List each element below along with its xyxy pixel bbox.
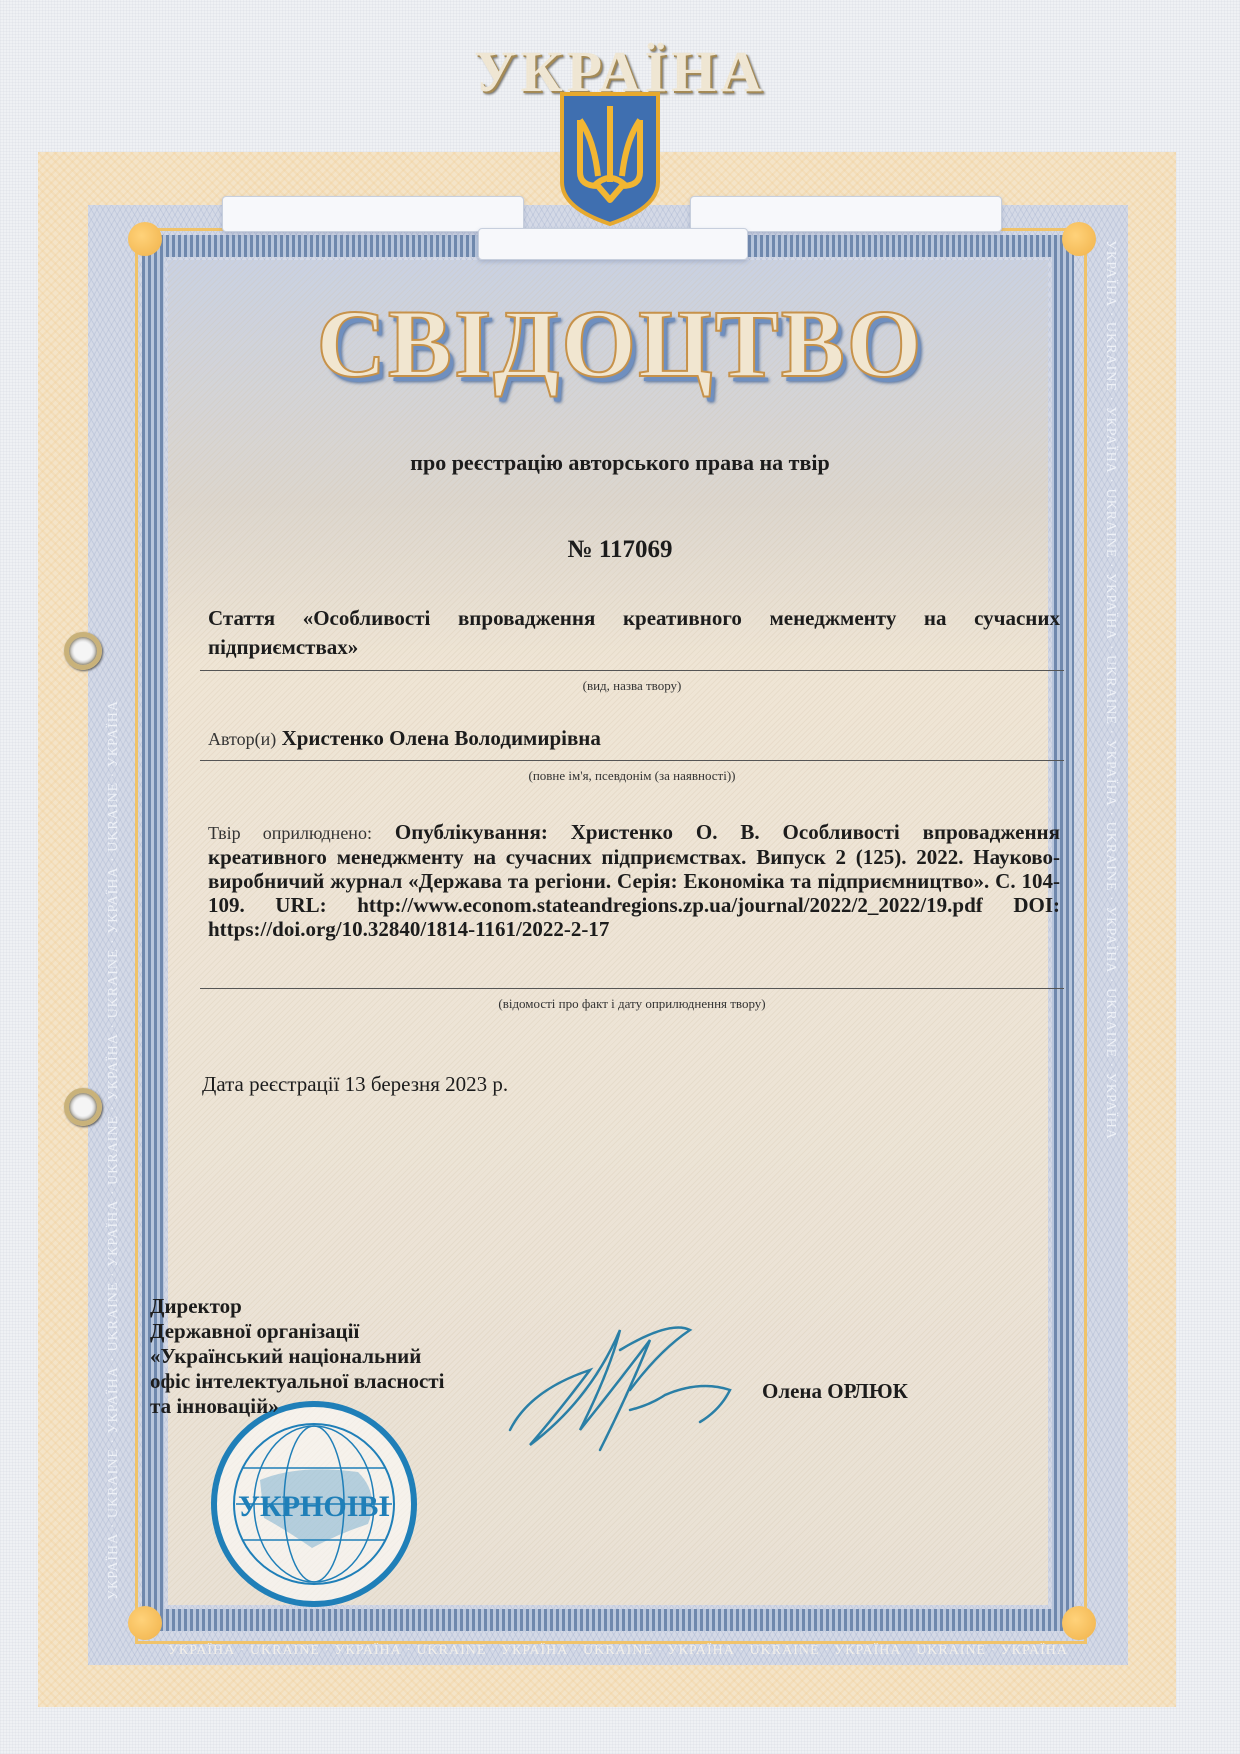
- official-stamp-icon: УКРНОІВІ: [208, 1398, 420, 1610]
- corner-rosette-icon: [1062, 222, 1096, 256]
- center-ribbon: [478, 228, 748, 260]
- stamp-label: УКРНОІВІ: [238, 1490, 390, 1523]
- publication-caption: (відомості про факт і дату оприлюднення …: [200, 996, 1064, 1012]
- position-line: Директор: [150, 1294, 444, 1319]
- author-rule: [200, 760, 1064, 761]
- work-title-rule: [200, 670, 1064, 671]
- right-ribbon: [690, 196, 1002, 232]
- publication-block: Твір оприлюднено: Опублікування: Христен…: [208, 820, 1060, 941]
- author-caption: (повне ім'я, псевдонім (за наявності)): [200, 768, 1064, 784]
- position-line: та інновацій»: [150, 1394, 444, 1419]
- author-label: Автор(и): [208, 729, 276, 749]
- signatory-name: Олена ОРЛЮК: [762, 1379, 908, 1404]
- signature-icon: [500, 1310, 740, 1460]
- corner-rosette-icon: [128, 222, 162, 256]
- position-line: «Український національний: [150, 1344, 444, 1369]
- position-line: офіс інтелектуальної власності: [150, 1369, 444, 1394]
- work-title-caption: (вид, назва твору): [200, 678, 1064, 694]
- bottom-watermark-text: УКРАЇНА · UKRAINE · УКРАЇНА · UKRAINE · …: [108, 1643, 1128, 1659]
- left-ribbon: [222, 196, 524, 232]
- binding-grommet-icon: [64, 632, 102, 670]
- director-position: Директор Державної організації «Українсь…: [150, 1294, 444, 1419]
- left-watermark-text: УКРАЇНА · UKRAINE · УКРАЇНА · UKRAINE · …: [106, 700, 122, 1600]
- binding-grommet-icon: [64, 1088, 102, 1126]
- publication-rule: [200, 988, 1064, 989]
- certificate-subtitle: про реєстрацію авторського права на твір: [0, 450, 1240, 476]
- position-line: Державної організації: [150, 1319, 444, 1344]
- author-name: Христенко Олена Володимирівна: [282, 726, 601, 750]
- work-title: Стаття «Особливості впровадження креатив…: [208, 604, 1060, 662]
- certificate-number: № 117069: [0, 536, 1240, 564]
- publication-label: Твір оприлюднено:: [208, 823, 372, 843]
- registration-date: Дата реєстрації 13 березня 2023 р.: [202, 1072, 508, 1097]
- certificate-title: СВІДОЦТВО: [0, 288, 1240, 399]
- corner-rosette-icon: [1062, 1606, 1096, 1640]
- corner-rosette-icon: [128, 1606, 162, 1640]
- trident-coat-of-arms-icon: [558, 90, 662, 228]
- author-line: Автор(и) Христенко Олена Володимирівна: [208, 724, 1060, 754]
